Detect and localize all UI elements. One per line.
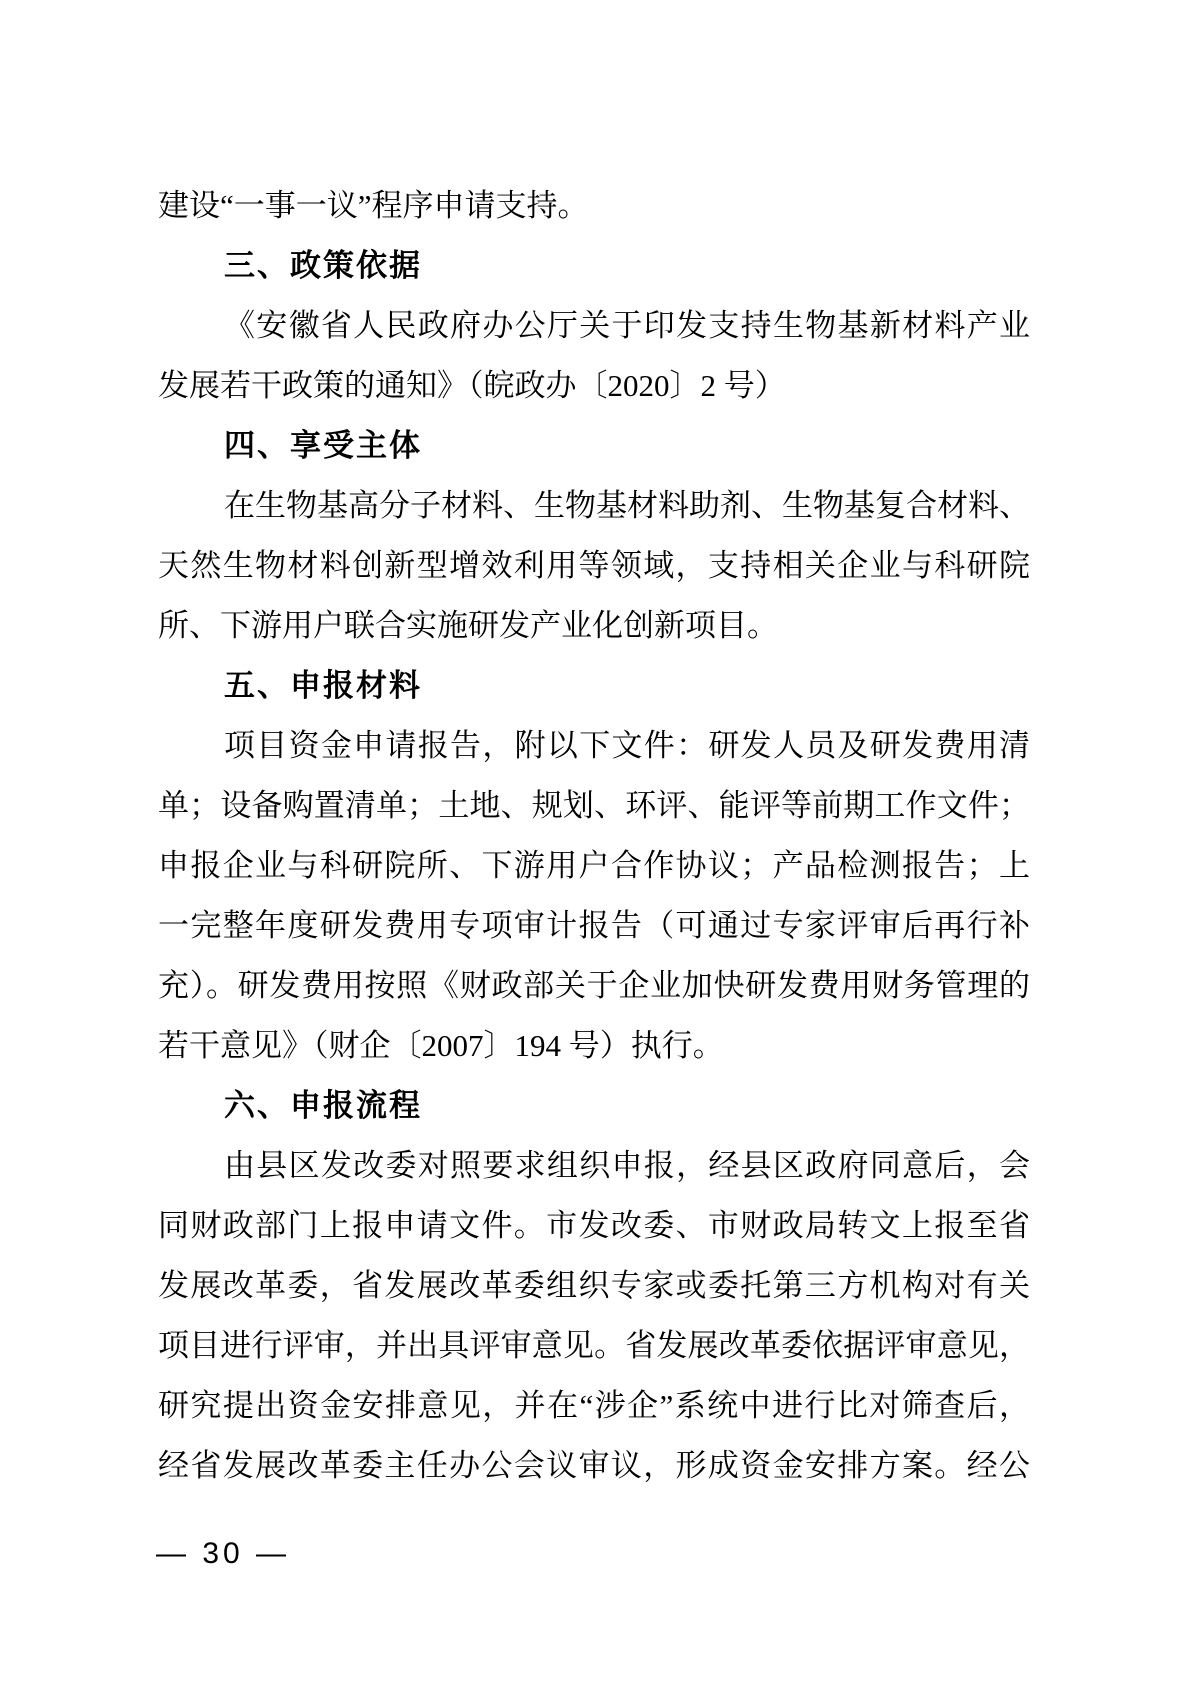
body-line: 同财政部门上报申请文件。市发改委、市财政局转文上报至省 bbox=[158, 1196, 1030, 1256]
body-line: 由县区发改委对照要求组织申报，经县区政府同意后，会 bbox=[158, 1136, 1030, 1196]
document-page: 建设“一事一议”程序申请支持。 三、政策依据 《安徽省人民政府办公厅关于印发支持… bbox=[0, 0, 1190, 1683]
body-line: 天然生物材料创新型增效利用等领域，支持相关企业与科研院 bbox=[158, 536, 1030, 596]
body-line: 项目资金申请报告，附以下文件：研发人员及研发费用清 bbox=[158, 716, 1030, 776]
body-line: 单；设备购置清单；土地、规划、环评、能评等前期工作文件； bbox=[158, 776, 1030, 836]
body-line: 研究提出资金安排意见，并在“涉企”系统中进行比对筛查后， bbox=[158, 1376, 1030, 1436]
section-heading: 五、申报材料 bbox=[158, 656, 1030, 716]
body-line: 一完整年度研发费用专项审计报告（可通过专家评审后再行补 bbox=[158, 896, 1030, 956]
body-line: 所、下游用户联合实施研发产业化创新项目。 bbox=[158, 596, 1030, 656]
body-line: 若干意见》（财企〔2007〕194 号）执行。 bbox=[158, 1016, 1030, 1076]
section-heading: 六、申报流程 bbox=[158, 1076, 1030, 1136]
body-line: 《安徽省人民政府办公厅关于印发支持生物基新材料产业 bbox=[158, 296, 1030, 356]
body-line: 发展若干政策的通知》（皖政办〔2020〕2 号） bbox=[158, 356, 1030, 416]
body-line: 充）。研发费用按照《财政部关于企业加快研发费用财务管理的 bbox=[158, 956, 1030, 1016]
body-line: 项目进行评审，并出具评审意见。省发展改革委依据评审意见， bbox=[158, 1316, 1030, 1376]
section-heading: 四、享受主体 bbox=[158, 416, 1030, 476]
page-number: — 30 — bbox=[156, 1534, 290, 1574]
body-line: 经省发展改革委主任办公会议审议，形成资金安排方案。经公 bbox=[158, 1436, 1030, 1496]
section-heading: 三、政策依据 bbox=[158, 236, 1030, 296]
body-line: 发展改革委，省发展改革委组织专家或委托第三方机构对有关 bbox=[158, 1256, 1030, 1316]
body-line: 建设“一事一议”程序申请支持。 bbox=[158, 176, 1030, 236]
body-line: 申报企业与科研院所、下游用户合作协议；产品检测报告；上 bbox=[158, 836, 1030, 896]
body-line: 在生物基高分子材料、生物基材料助剂、生物基复合材料、 bbox=[158, 476, 1030, 536]
document-body: 建设“一事一议”程序申请支持。 三、政策依据 《安徽省人民政府办公厅关于印发支持… bbox=[158, 176, 1030, 1496]
